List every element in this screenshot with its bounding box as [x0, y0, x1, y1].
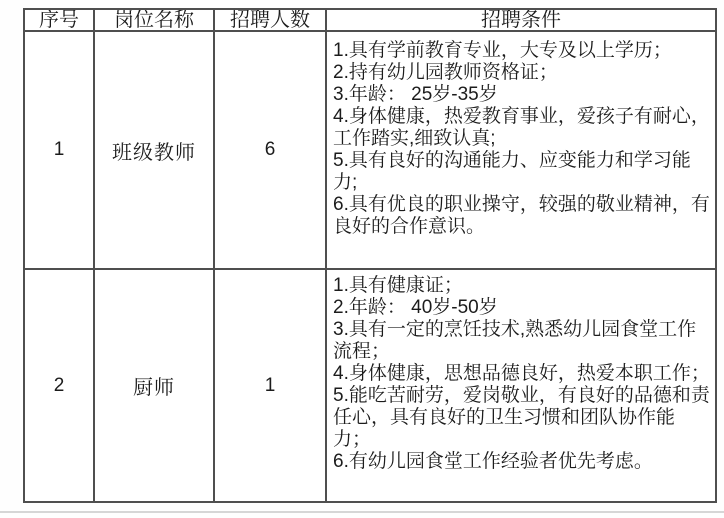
- conditions-list: 1.具有健康证； 2.年龄： 40岁-50岁 3.具有一定的烹饪技术,熟悉幼儿园…: [327, 270, 715, 473]
- count-cell: 1: [214, 269, 326, 502]
- seq-cell: 2: [24, 269, 94, 502]
- conditions-cell: 1.具有健康证； 2.年龄： 40岁-50岁 3.具有一定的烹饪技术,熟悉幼儿园…: [326, 269, 716, 502]
- condition-item: 4.身体健康，思想品德良好，热爱本职工作；: [333, 363, 711, 385]
- header-position: 岗位名称: [94, 9, 214, 31]
- recruit-count: 1: [265, 375, 276, 396]
- count-cell: 6: [214, 31, 326, 269]
- position-name: 班级教师: [112, 142, 196, 164]
- recruit-count: 6: [265, 139, 276, 160]
- condition-item: 1.具有学前教育专业，大专及以上学历；: [333, 40, 711, 62]
- condition-item: 4.身体健康，热爱教育事业，爱孩子有耐心，工作踏实,细致认真;: [333, 106, 711, 150]
- condition-item: 3.具有一定的烹饪技术,熟悉幼儿园食堂工作流程；: [333, 319, 711, 363]
- conditions-list: 1.具有学前教育专业，大专及以上学历； 2.持有幼儿园教师资格证； 3.年龄： …: [327, 32, 715, 238]
- position-name: 厨师: [133, 377, 175, 399]
- position-cell: 厨师: [94, 269, 214, 502]
- condition-item: 5.能吃苦耐劳，爱岗敬业，有良好的品德和责任心，具有良好的卫生习惯和团队协作能力…: [333, 385, 711, 451]
- condition-item: 5.具有良好的沟通能力、应变能力和学习能力;: [333, 150, 711, 194]
- condition-item: 6.具有优良的职业操守，较强的敬业精神，有良好的合作意识。: [333, 194, 711, 238]
- table-row-teacher: 1 班级教师 6 1.具有学前教育专业，大专及以上学历； 2.持有幼儿园教师资格…: [24, 31, 716, 269]
- condition-item: 3.年龄： 25岁-35岁: [333, 84, 711, 106]
- header-seq: 序号: [24, 9, 94, 31]
- condition-item: 6.有幼儿园食堂工作经验者优先考虑。: [333, 451, 711, 473]
- seq-cell: 1: [24, 31, 94, 269]
- header-count: 招聘人数: [214, 9, 326, 31]
- condition-item: 2.持有幼儿园教师资格证；: [333, 62, 711, 84]
- seq-number: 2: [54, 375, 65, 396]
- conditions-cell: 1.具有学前教育专业，大专及以上学历； 2.持有幼儿园教师资格证； 3.年龄： …: [326, 31, 716, 269]
- header-row: 序号 岗位名称 招聘人数 招聘条件: [24, 9, 716, 31]
- header-conditions: 招聘条件: [326, 9, 716, 31]
- table-row-chef: 2 厨师 1 1.具有健康证； 2.年龄： 40岁-50岁 3.具有一定的烹饪技…: [24, 269, 716, 502]
- recruitment-table: 序号 岗位名称 招聘人数 招聘条件 1 班级教师 6 1.具有学前教育专业，大专…: [23, 8, 717, 503]
- seq-number: 1: [54, 139, 65, 160]
- condition-item: 2.年龄： 40岁-50岁: [333, 297, 711, 319]
- page-bottom-divider: [0, 511, 724, 513]
- condition-item: 1.具有健康证；: [333, 275, 711, 297]
- position-cell: 班级教师: [94, 31, 214, 269]
